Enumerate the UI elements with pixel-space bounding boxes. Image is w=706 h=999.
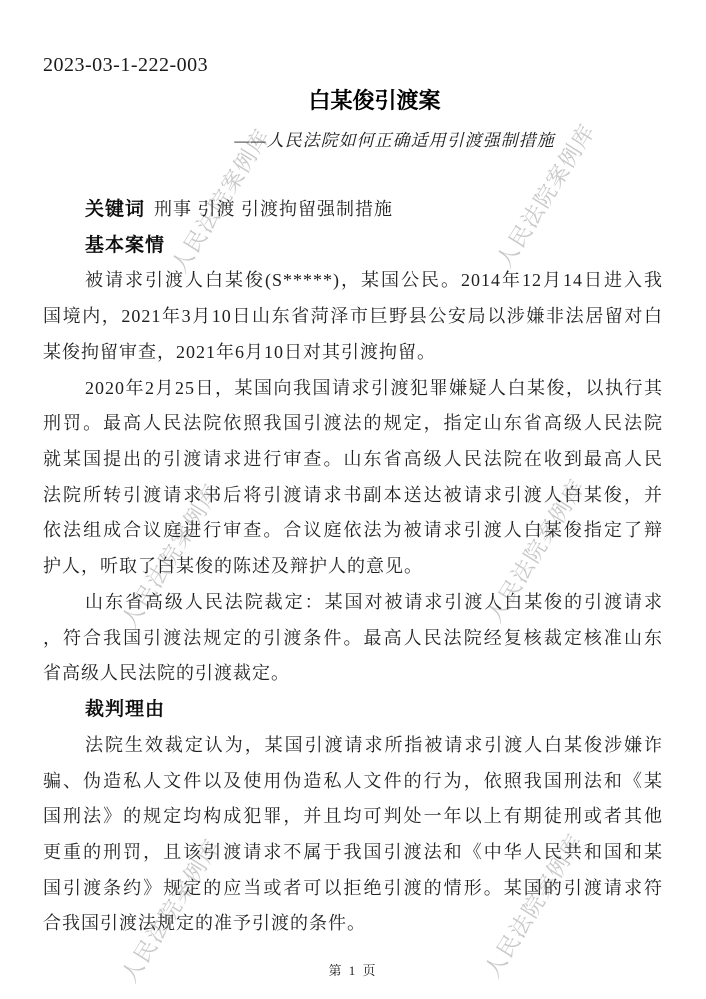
body-line: 更重的刑罚，且该引渡请求不属于我国引渡法和《中华人民共和国和某 <box>43 835 663 871</box>
keywords-row: 关键词刑事 引渡 引渡拘留强制措施 <box>43 192 663 228</box>
section-heading: 裁判理由 <box>43 692 663 728</box>
body-line: 骗、伪造私人文件以及使用伪造私人文件的行为，依照我国刑法和《某 <box>43 764 663 800</box>
body-line: 国刑法》的规定均构成犯罪，并且均可判处一年以上有期徒刑或者其他 <box>43 799 663 835</box>
body-line: 某俊拘留审查，2021年6月10日对其引渡拘留。 <box>43 335 663 371</box>
page-footer: 第 1 页 <box>0 960 706 979</box>
keywords-text: 刑事 引渡 引渡拘留强制措施 <box>154 199 393 219</box>
body-line: 护人，听取了白某俊的陈述及辩护人的意见。 <box>43 549 663 585</box>
body-line: 合我国引渡法规定的准予引渡的条件。 <box>43 906 663 942</box>
body-line: 就某国提出的引渡请求进行审查。山东省高级人民法院在收到最高人民 <box>43 442 663 478</box>
keywords-label: 关键词 <box>85 199 145 220</box>
case-subtitle: ——人民法院如何正确适用引渡强制措施 <box>83 126 706 151</box>
body-line: 国境内，2021年3月10日山东省菏泽市巨野县公安局以涉嫌非法居留对白 <box>43 299 663 335</box>
body-line: 被请求引渡人白某俊(S*****)，某国公民。2014年12月14日进入我 <box>43 263 663 299</box>
body-line: 2020年2月25日，某国向我国请求引渡犯罪嫌疑人白某俊，以执行其 <box>43 371 663 407</box>
body-line: 山东省高级人民法院裁定：某国对被请求引渡人白某俊的引渡请求 <box>43 585 663 621</box>
body-line: ，符合我国引渡法规定的引渡条件。最高人民法院经复核裁定核准山东 <box>43 621 663 657</box>
body-line: 刑罚。最高人民法院依照我国引渡法的规定，指定山东省高级人民法院 <box>43 406 663 442</box>
body-line: 依法组成合议庭进行审查。合议庭依法为被请求引渡人白某俊指定了辩 <box>43 513 663 549</box>
body-line: 国引渡条约》规定的应当或者可以拒绝引渡的情形。某国的引渡请求符 <box>43 871 663 907</box>
body-line: 省高级人民法院的引渡裁定。 <box>43 656 663 692</box>
section-heading: 基本案情 <box>43 228 663 264</box>
doc-number: 2023-03-1-222-003 <box>43 54 208 77</box>
body-line: 法院生效裁定认为，某国引渡请求所指被请求引渡人白某俊涉嫌诈 <box>43 728 663 764</box>
case-title: 白某俊引渡案 <box>43 84 706 115</box>
document-body: 关键词刑事 引渡 引渡拘留强制措施基本案情被请求引渡人白某俊(S*****)，某… <box>43 192 663 942</box>
body-line: 法院所转引渡请求书后将引渡请求书副本送达被请求引渡人白某俊，并 <box>43 478 663 514</box>
document-page: 人民法院案例库人民法院案例库人民法院案例库人民法院案例库人民法院案例库人民法院案… <box>0 0 706 999</box>
